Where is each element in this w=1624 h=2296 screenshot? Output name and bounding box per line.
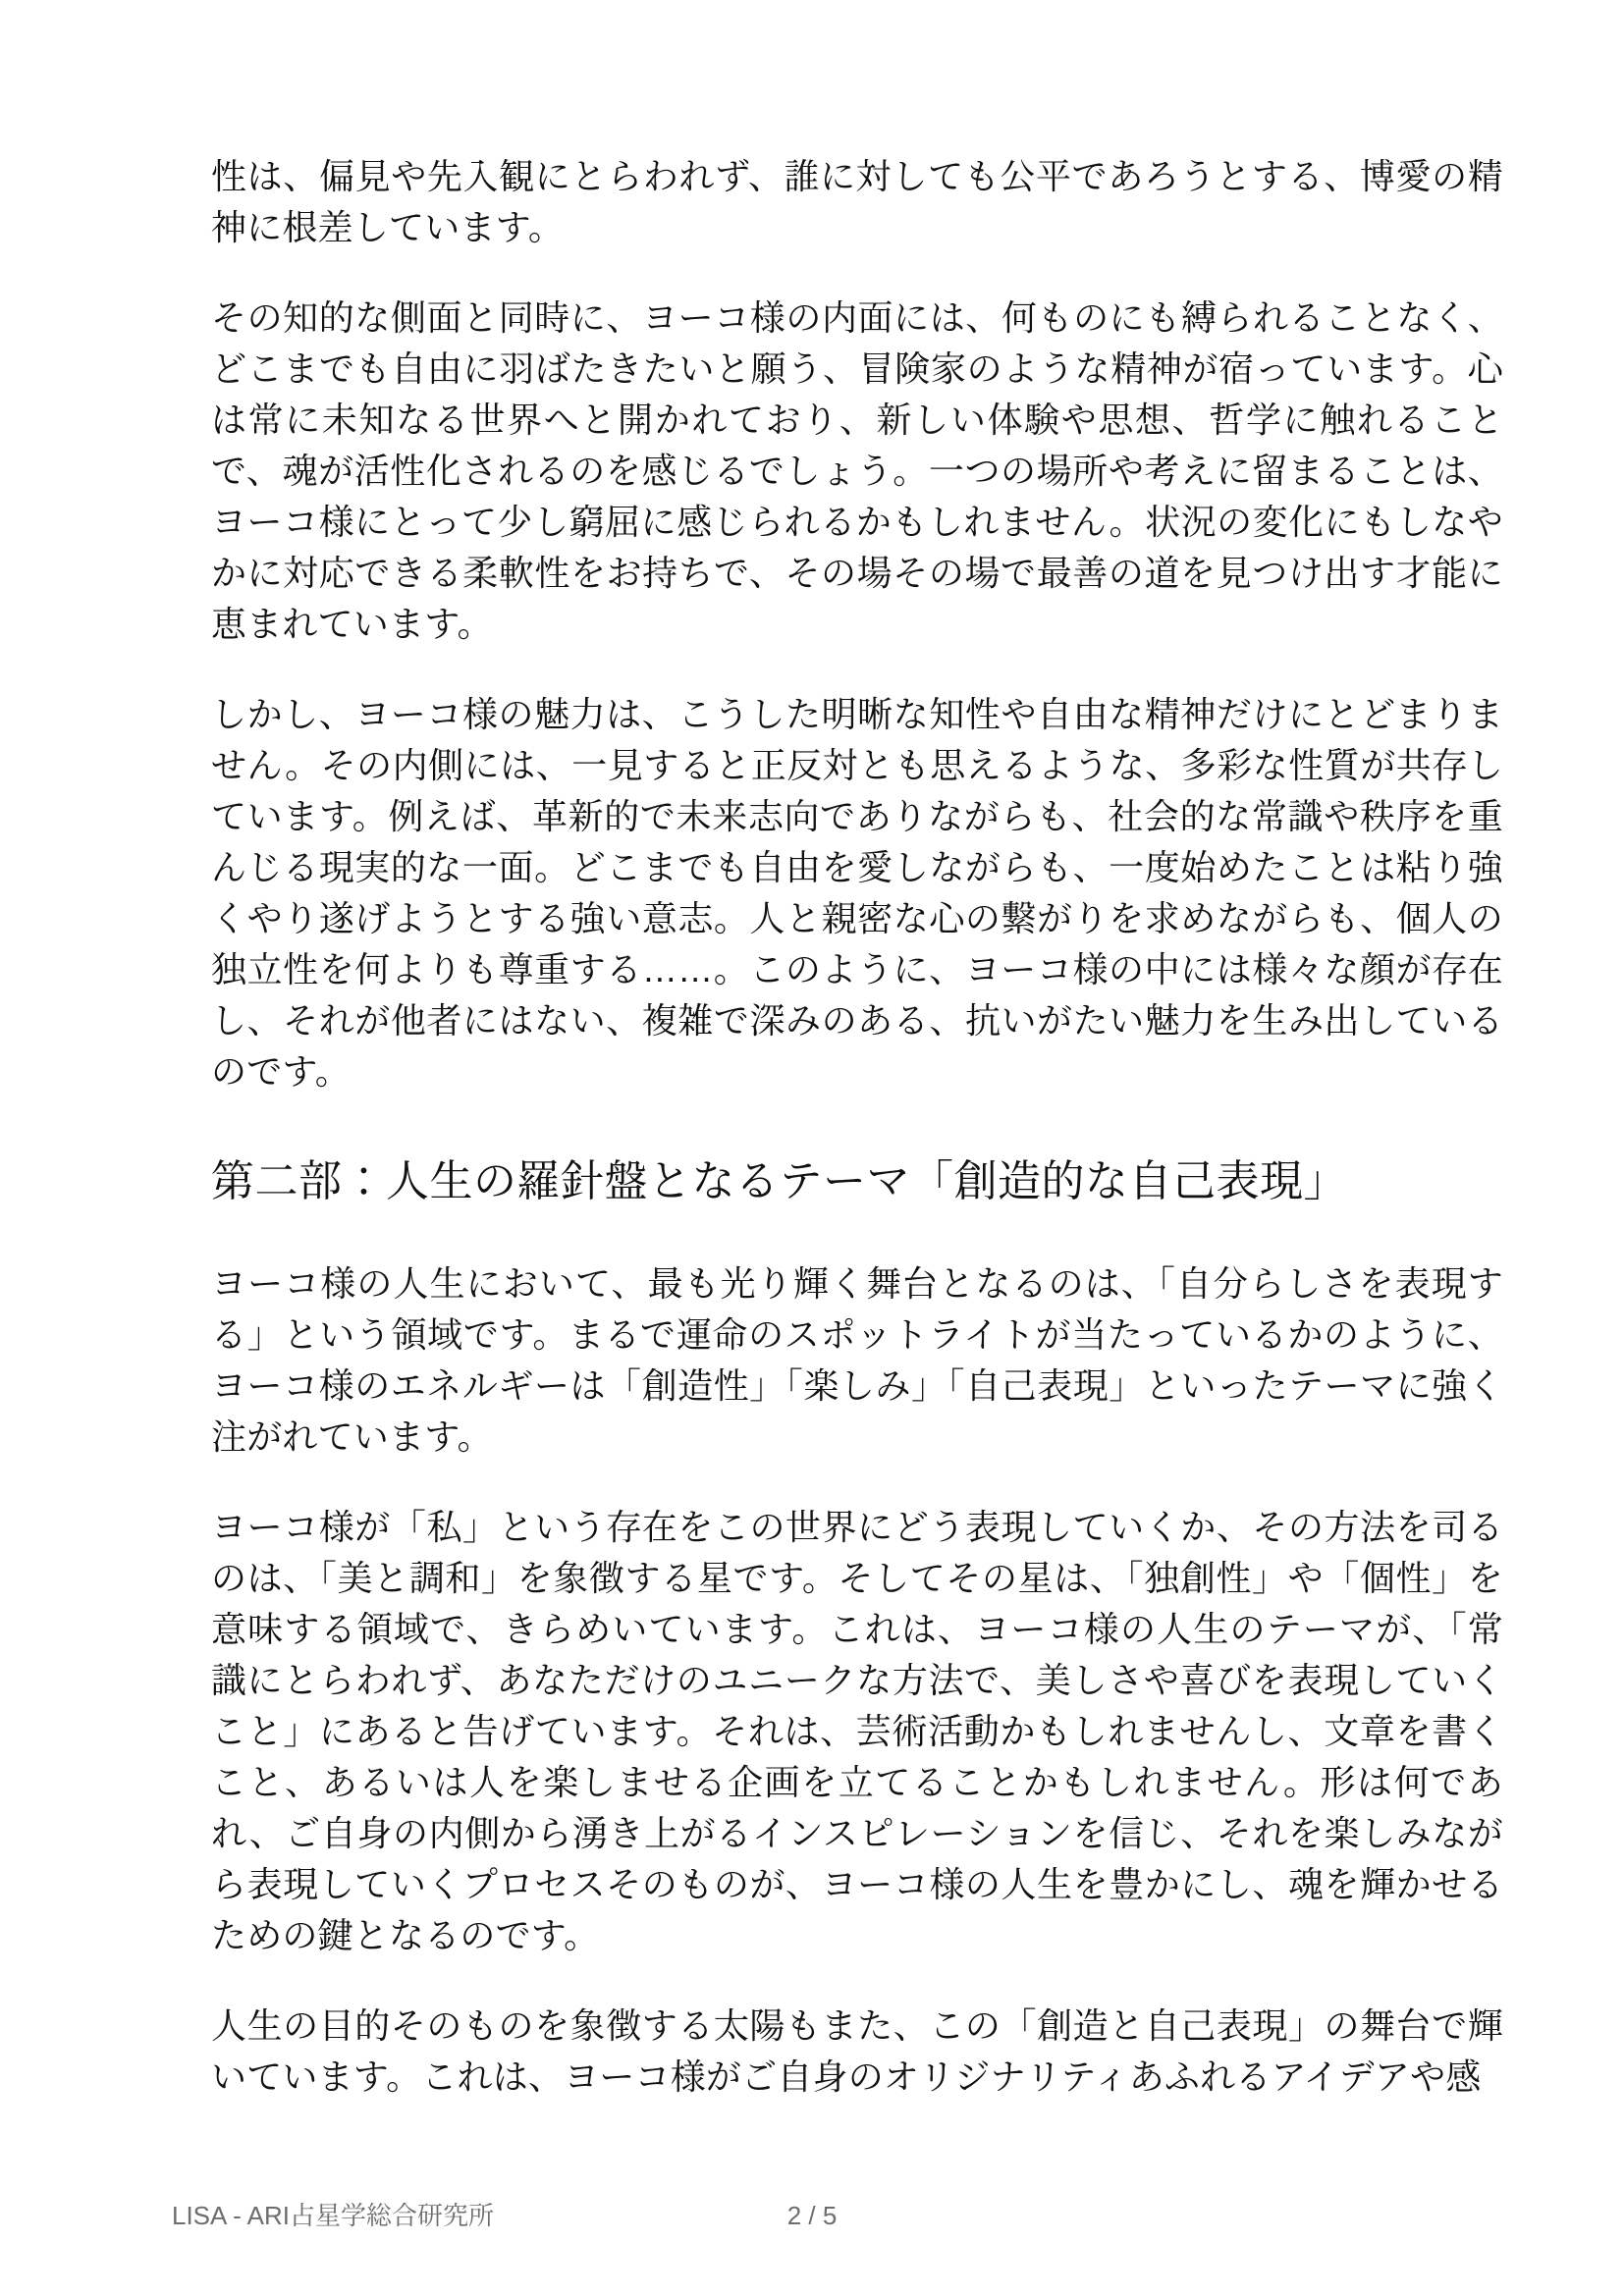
document-page: 性は、偏見や先入観にとらわれず、誰に対しても公平であろうとする、博愛の精神に根差… (0, 0, 1624, 2296)
footer-page-number: 2 / 5 (0, 2199, 1624, 2232)
paragraph: その知的な側面と同時に、ヨーコ様の内面には、何ものにも縛られることなく、どこまで… (211, 293, 1503, 650)
paragraph: しかし、ヨーコ様の魅力は、こうした明晰な知性や自由な精神だけにとどまりません。そ… (211, 689, 1503, 1097)
section-heading: 第二部：人生の羅針盤となるテーマ「創造的な自己表現」 (211, 1152, 1503, 1211)
paragraph: ヨーコ様の人生において、最も光り輝く舞台となるのは、「自分らしさを表現する」とい… (211, 1258, 1503, 1463)
document-content: 性は、偏見や先入観にとらわれず、誰に対しても公平であろうとする、博愛の精神に根差… (211, 151, 1503, 2142)
paragraph: 人生の目的そのものを象徴する太陽もまた、この「創造と自己表現」の舞台で輝いていま… (211, 2001, 1503, 2103)
paragraph: 性は、偏見や先入観にとらわれず、誰に対しても公平であろうとする、博愛の精神に根差… (211, 151, 1503, 253)
paragraph: ヨーコ様が「私」という存在をこの世界にどう表現していくか、その方法を司るのは、「… (211, 1502, 1503, 1961)
page-footer: LISA - ARI占星学総合研究所 2 / 5 (0, 2199, 1624, 2238)
